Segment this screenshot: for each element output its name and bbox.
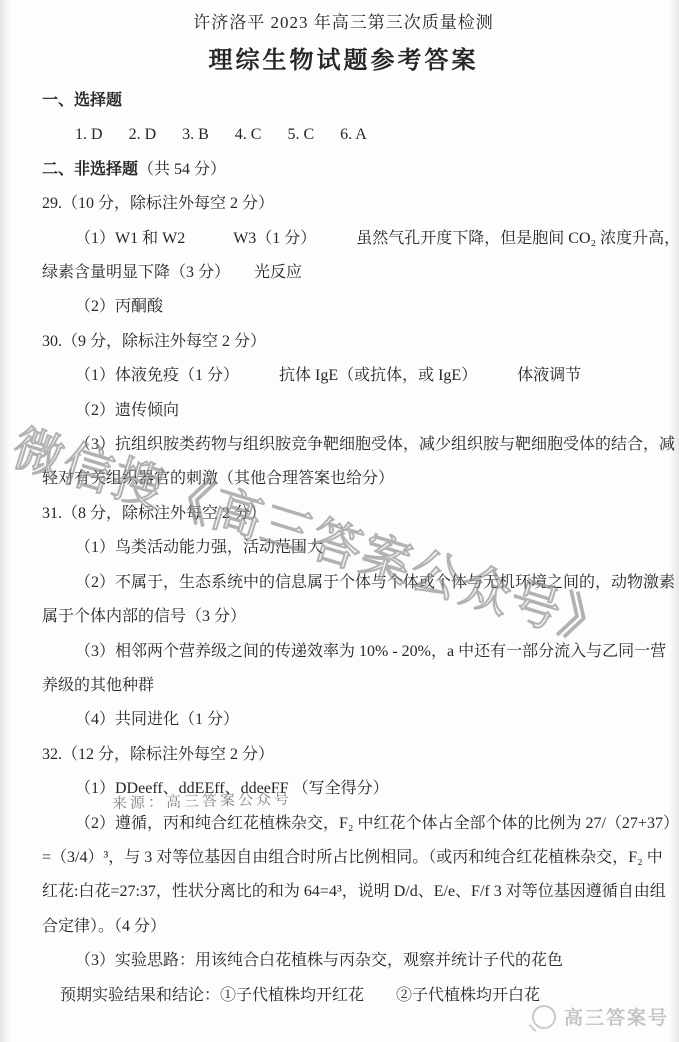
mcq-section-heading: 一、选择题: [42, 84, 645, 118]
q32-answer-line: 红花:白花=27:37，性状分离比的和为 64=4³，说明 D/d、E/e、F/…: [42, 875, 645, 909]
document-body: 许济洛平 2023 年高三第三次质量检测 理综生物试题参考答案 一、选择题 1.…: [0, 0, 679, 1013]
magnifier-icon: [532, 1005, 556, 1029]
q30-answer-line: （1）体液免疫（1 分） 抗体 IgE（或抗体，或 IgE） 体液调节: [42, 359, 645, 393]
q32-answer-line: （3）实验思路：用该纯合白花植株与丙杂交，观察并统计子代的花色: [42, 944, 645, 978]
q30-answer-line: 轻对有关组织器官的刺激（其他合理答案也给分）: [42, 462, 645, 496]
q31-header: 31.（8 分，除标注外每空 2 分）: [42, 497, 645, 531]
q30-answer-line: （2）遗传倾向: [42, 394, 645, 428]
answer-key-page: 许济洛平 2023 年高三第三次质量检测 理综生物试题参考答案 一、选择题 1.…: [0, 0, 679, 1042]
mcq-answer-1: 1. D: [75, 118, 103, 152]
brand-text: 高三答案号: [564, 1003, 669, 1030]
mcq-answer-2: 2. D: [129, 118, 157, 152]
q32-answer-line: =（3/4）³，与 3 对等位基因自由组合时所占比例相同。（或丙和纯合红花植株杂…: [42, 841, 645, 875]
q31-answer-line: （2）不属于，生态系统中的信息属于个体与个体或个体与无机环境之间的，动物激素: [42, 566, 645, 600]
q32-answer-line: （1）DDeeff、ddEEff、ddeeFF （写全得分）: [42, 772, 645, 806]
brand-logo: 高三答案号: [532, 1003, 669, 1030]
q32-answer-line: （2）遵循，丙和纯合红花植株杂交，F₂ 中红花个体占全部个体的比例为 27/（2…: [42, 807, 645, 841]
q31-answer-line: 养级的其他种群: [42, 669, 645, 703]
mcq-answers-row: 1. D 2. D 3. B 4. C 5. C 6. A: [42, 118, 645, 152]
q30-header: 30.（9 分，除标注外每空 2 分）: [42, 325, 645, 359]
q29-header: 29.（10 分，除标注外每空 2 分）: [42, 187, 645, 221]
page-title: 理综生物试题参考答案: [42, 38, 645, 84]
mcq-answer-4: 4. C: [235, 118, 262, 152]
mcq-answer-6: 6. A: [340, 118, 367, 152]
q29-answer-line: （2）丙酮酸: [42, 290, 645, 324]
mcq-answer-5: 5. C: [287, 118, 314, 152]
q31-answer-line: （1）鸟类活动能力强，活动范围大: [42, 531, 645, 565]
q29-answer-line: 绿素含量明显下降（3 分） 光反应: [42, 256, 645, 290]
q29-answer-line: （1）W1 和 W2 W3（1 分） 虽然气孔开度下降，但是胞间 CO₂ 浓度升…: [42, 222, 645, 256]
q31-answer-line: （3）相邻两个营养级之间的传递效率为 10% - 20%，a 中还有一部分流入与…: [42, 635, 645, 669]
q31-answer-line: （4）共同进化（1 分）: [42, 703, 645, 737]
q32-header: 32.（12 分，除标注外每空 2 分）: [42, 738, 645, 772]
frq-section-heading-note: （共 54 分）: [138, 161, 226, 178]
exam-title: 许济洛平 2023 年高三第三次质量检测: [42, 8, 645, 38]
frq-section-heading: 二、非选择题（共 54 分）: [42, 153, 645, 187]
frq-section-heading-bold: 二、非选择题: [42, 161, 138, 178]
q32-answer-line: 合定律）。（4 分）: [42, 910, 645, 944]
mcq-answer-3: 3. B: [182, 118, 209, 152]
q30-answer-line: （3）抗组织胺类药物与组织胺竞争靶细胞受体，减少组织胺与靶细胞受体的结合，减: [42, 428, 645, 462]
q31-answer-line: 属于个体内部的信号（3 分）: [42, 600, 645, 634]
